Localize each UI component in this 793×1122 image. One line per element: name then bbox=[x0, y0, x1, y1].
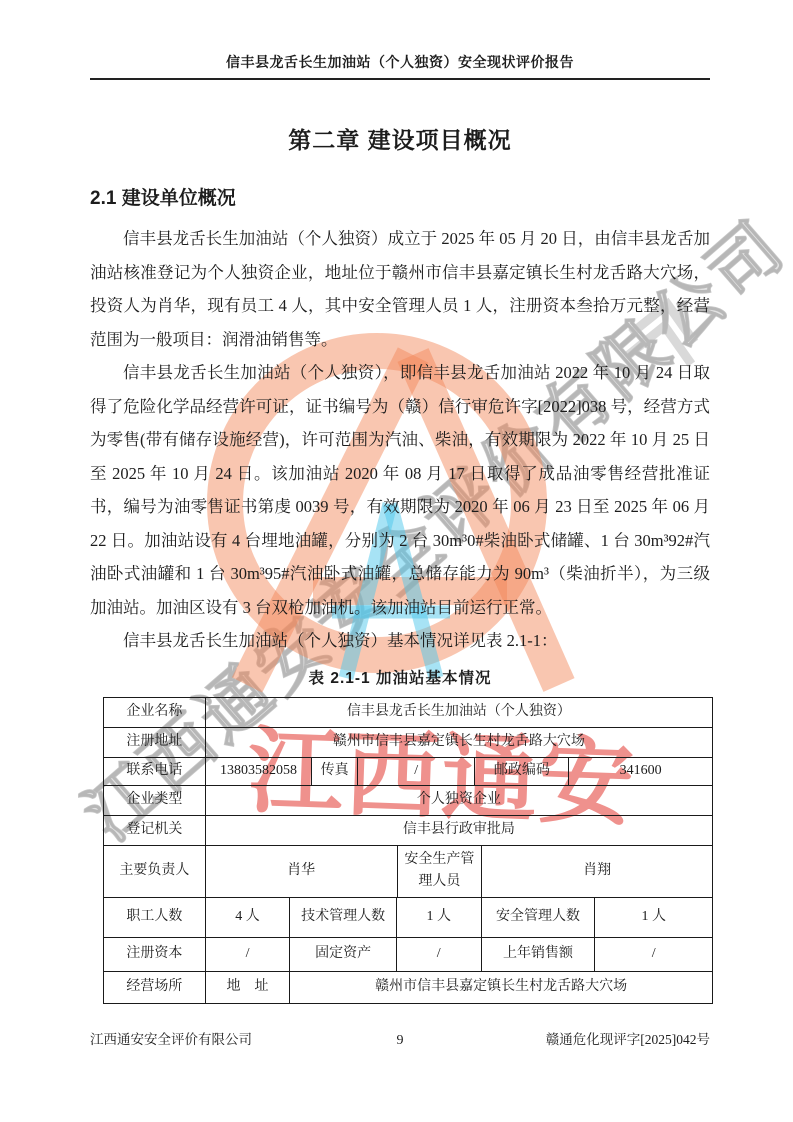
page-footer: 江西通安安全评价有限公司 9 赣通危化现评字[2025]042号 bbox=[90, 1028, 710, 1049]
table-cell: 赣州市信丰县嘉定镇长生村龙舌路大穴场 bbox=[290, 972, 713, 1004]
table-row: 企业类型 个人独资企业 bbox=[104, 786, 713, 816]
table-cell: 邮政编码 bbox=[475, 758, 569, 786]
table-cell: 安全生产管理人员 bbox=[398, 846, 483, 898]
page-number: 9 bbox=[297, 1033, 504, 1049]
table-row: 主要负责人 肖华 安全生产管理人员 肖翔 bbox=[104, 846, 713, 898]
table-row: 登记机关 信丰县行政审批局 bbox=[104, 816, 713, 846]
table-cell: 职工人数 bbox=[104, 898, 206, 938]
table-cell: 登记机关 bbox=[104, 816, 206, 846]
table-cell: 4 人 bbox=[206, 898, 291, 938]
page-content: 信丰县龙舌长生加油站（个人独资）安全现状评价报告 第二章 建设项目概况 2.1 … bbox=[0, 0, 793, 1004]
table-cell: 肖华 bbox=[206, 846, 398, 898]
table-cell: 赣州市信丰县嘉定镇长生村龙舌路大穴场 bbox=[206, 728, 713, 758]
table-caption: 表 2.1-1 加油站基本情况 bbox=[90, 666, 710, 688]
table-row: 联系电话 13803582058 传真 / 邮政编码 341600 bbox=[104, 758, 713, 786]
table-row: 职工人数 4 人 技术管理人数 1 人 安全管理人数 1 人 bbox=[104, 898, 713, 938]
table-cell: 地 址 bbox=[206, 972, 291, 1004]
table-row: 注册地址 赣州市信丰县嘉定镇长生村龙舌路大穴场 bbox=[104, 728, 713, 758]
table-cell: 信丰县龙舌长生加油站（个人独资） bbox=[206, 698, 713, 728]
table-cell: 安全管理人数 bbox=[482, 898, 596, 938]
table-cell: 技术管理人数 bbox=[290, 898, 397, 938]
table-cell: / bbox=[397, 938, 482, 972]
table-cell: 经营场所 bbox=[104, 972, 206, 1004]
table-cell: 企业类型 bbox=[104, 786, 206, 816]
table-cell: 注册地址 bbox=[104, 728, 206, 758]
footer-doc-number: 赣通危化现评字[2025]042号 bbox=[503, 1028, 710, 1048]
table-row: 经营场所 地 址 赣州市信丰县嘉定镇长生村龙舌路大穴场 bbox=[104, 972, 713, 1004]
report-page: 江西通安安全评价有限公司 江西通安 信丰县龙舌长 bbox=[0, 0, 793, 1122]
table-cell: 传真 bbox=[312, 758, 358, 786]
table-cell: 341600 bbox=[569, 758, 713, 786]
table-cell: 注册资本 bbox=[104, 938, 206, 972]
table-cell: 13803582058 bbox=[206, 758, 313, 786]
table-cell: 联系电话 bbox=[104, 758, 206, 786]
chapter-title: 第二章 建设项目概况 bbox=[90, 122, 710, 155]
running-header: 信丰县龙舌长生加油站（个人独资）安全现状评价报告 bbox=[90, 52, 710, 80]
table-cell: 个人独资企业 bbox=[206, 786, 713, 816]
paragraph: 信丰县龙舌长生加油站（个人独资）成立于 2025 年 05 月 20 日，由信丰… bbox=[90, 222, 710, 356]
table-cell: / bbox=[595, 938, 713, 972]
table-cell: 信丰县行政审批局 bbox=[206, 816, 713, 846]
table-cell: 主要负责人 bbox=[104, 846, 206, 898]
table-cell: 1 人 bbox=[595, 898, 713, 938]
table-cell: 企业名称 bbox=[104, 698, 206, 728]
basic-info-table: 企业名称 信丰县龙舌长生加油站（个人独资） 注册地址 赣州市信丰县嘉定镇长生村龙… bbox=[103, 697, 713, 1004]
table-cell: 1 人 bbox=[397, 898, 482, 938]
table-cell: 固定资产 bbox=[290, 938, 397, 972]
table-cell: 上年销售额 bbox=[482, 938, 596, 972]
section-heading: 2.1 建设单位概况 bbox=[90, 183, 710, 210]
table-row: 注册资本 / 固定资产 / 上年销售额 / bbox=[104, 938, 713, 972]
table-cell: 肖翔 bbox=[482, 846, 713, 898]
table-row: 企业名称 信丰县龙舌长生加油站（个人独资） bbox=[104, 698, 713, 728]
footer-company: 江西通安安全评价有限公司 bbox=[90, 1028, 297, 1048]
paragraph: 信丰县龙舌长生加油站（个人独资）基本情况详见表 2.1-1： bbox=[90, 624, 710, 658]
table-cell: / bbox=[206, 938, 291, 972]
paragraph: 信丰县龙舌长生加油站（个人独资），即信丰县龙舌加油站 2022 年 10 月 2… bbox=[90, 356, 710, 624]
table-cell: / bbox=[358, 758, 476, 786]
